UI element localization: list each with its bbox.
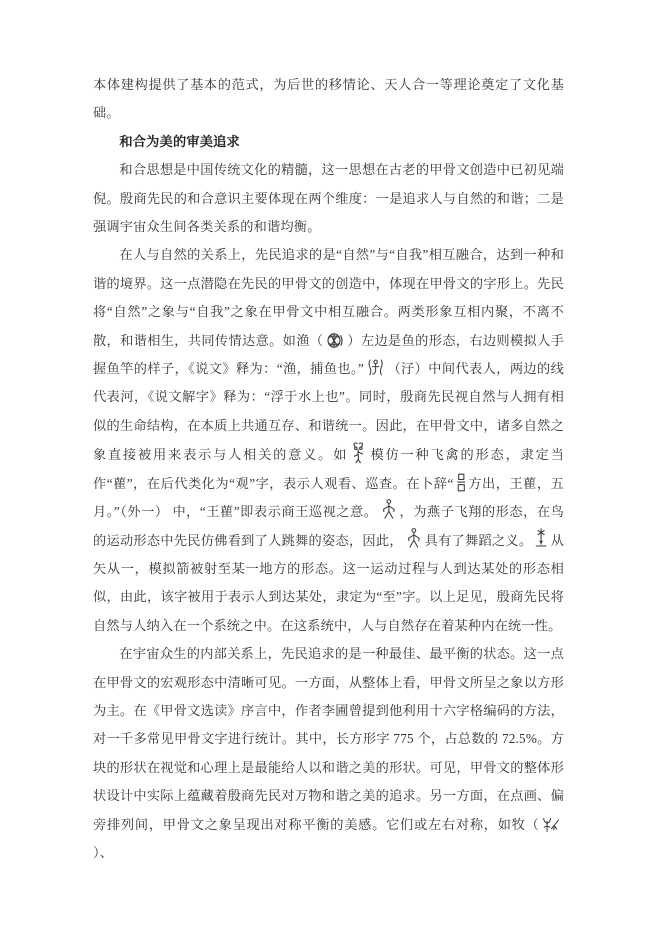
- text-run: 和合思想是中国传统文化的精髓，这一思想在古老的甲骨文创造中已初见端倪。殷商先民的…: [93, 162, 564, 234]
- paragraph: 和合思想是中国传统文化的精髓，这一思想在古老的甲骨文创造中已初见端倪。殷商先民的…: [93, 156, 564, 241]
- oracle-fang-state-glyph: [456, 472, 467, 493]
- oracle-mu-herd-glyph: [542, 817, 562, 834]
- oracle-zhi-arrow-glyph: [534, 527, 548, 550]
- text-run: 在宇宙众生的内部关系上，先民追求的是一种最佳、最平衡的状态。这一点在甲骨文的宏观…: [93, 646, 564, 831]
- document-page: 本体建构提供了基本的范式，为后世的移情论、天人合一等理论奠定了文化基础。和合为美…: [0, 0, 656, 928]
- oracle-yu-fishing-glyph: [325, 331, 345, 350]
- text-run: 具有了舞蹈之义。: [425, 533, 533, 548]
- oracle-wu-dance-glyph: [405, 527, 423, 550]
- paragraph: 在宇宙众生的内部关系上，先民追求的是一种最佳、最平衡的状态。这一点在甲骨文的宏观…: [93, 640, 564, 867]
- oracle-wu-dance-glyph: [380, 498, 398, 521]
- paragraph: 本体建构提供了基本的范式，为后世的移情论、天人合一等理论奠定了文化基础。: [93, 71, 564, 128]
- section-heading: 和合为美的审美追求: [93, 128, 564, 156]
- text-run: ）、: [93, 845, 113, 860]
- paragraph: 在人与自然的关系上，先民追求的是“自然”与“自我”相互融合，达到一种和谐的境界。…: [93, 241, 564, 640]
- text-run: 和合为美的审美追求: [119, 134, 240, 149]
- text-block: 本体建构提供了基本的范式，为后世的移情论、天人合一等理论奠定了文化基础。和合为美…: [93, 71, 564, 867]
- text-run: 本体建构提供了基本的范式，为后世的移情论、天人合一等理论奠定了文化基础。: [93, 77, 564, 120]
- oracle-guan-bird-glyph: [350, 440, 367, 464]
- oracle-qiu-swim-glyph: [366, 357, 385, 378]
